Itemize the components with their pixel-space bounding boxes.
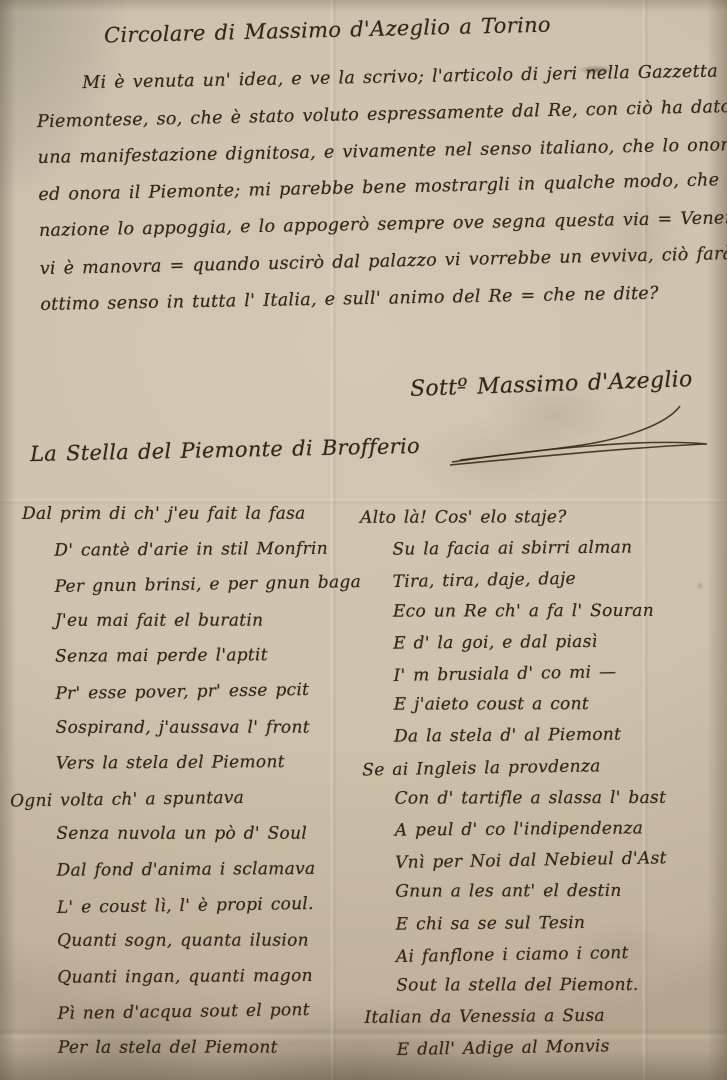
poem-line: Da la stela d' al Piemont [394,719,724,753]
poem-line: Ogni volta ch' a spuntava [10,779,346,820]
poem-line: Quanti ingan, quanti magon [57,958,346,996]
poem-line: Pì nen d'acqua sout el pont [57,993,347,1033]
signature: Sottº Massimo d'Azeglio [410,367,693,402]
poem-line: J'eu mai fait el buratin [55,603,344,639]
poem-line: I' m brusiala d' co mi — [393,655,723,692]
poem-line: Sout la stella del Piemont. [396,970,726,1002]
poem-line: Senza mai perde l'aptit [55,638,344,676]
poem-line: Se ai Ingleis la provdenza [362,749,724,787]
poem-line: Su la facia ai sbirri alman [392,532,722,566]
poem-line: Ai fanflone i ciamo i cont [396,936,726,973]
poem-line: Per la stela del Piemont [58,1030,347,1066]
poem-line: Sospirand, j'aussava l' front [56,710,345,746]
poem-line: Pr' esse pover, pr' esse pcit [55,672,345,712]
poem-line: E dall' Adige al Monvis [397,1030,727,1067]
poem-line: Gnun a les ant' el destin [395,876,725,908]
poem-line: E d' la goi, e dal piasì [393,626,723,660]
manuscript-page: Circolare di Massimo d'Azeglio a Torino … [0,0,727,1080]
poem-line: E chi sa se sul Tesin [396,906,726,940]
document-title: Circolare di Massimo d'Azeglio a Torino [104,13,551,48]
poem-line: Vers la stela del Piemont [56,745,345,783]
poem-line: Quanti sogn, quanta ilusion [57,924,346,960]
poem-left-column: Dal prim di ch' j'eu fait la fasaD' cant… [8,496,347,1068]
poem-line: Tira, tira, daje, daje [392,562,722,599]
poem-line: Dal prim di ch' j'eu fait la fasa [22,497,343,533]
poem-title: La Stella del Piemonte di Brofferio [30,434,420,466]
poem-line: Per gnun brinsi, e per gnun baga [54,566,344,606]
poem-line: A peul d' co l'indipendenza [395,813,725,847]
poem-line: D' cantè d'arie in stil Monfrin [54,531,343,569]
poem-line: L' e coust lì, l' è propi coul. [57,886,347,926]
poem-line: Eco un Re ch' a fa l' Souran [393,595,723,627]
poem-line: Alto là! Cos' elo staje? [360,502,722,534]
poem-line: Italian da Venessia a Susa [364,1000,726,1034]
poem-line: Dal fond d'anima i sclamava [56,852,345,890]
poem-line: Con d' tartifle a slassa l' bast [395,783,725,815]
poem-line: Senza nuvola un pò d' Soul [56,817,345,853]
poem-line: Vnì per Noi dal Nebieul d'Ast [395,843,725,880]
signature-flourish [412,398,724,476]
letter-body: Mi è venuta un' idea, e ve la scrivo; l'… [36,54,716,324]
poem-line: E j'aieto coust a cont [394,689,724,721]
poem-right-column: Alto là! Cos' elo staje?Su la facia ai s… [346,501,727,1066]
